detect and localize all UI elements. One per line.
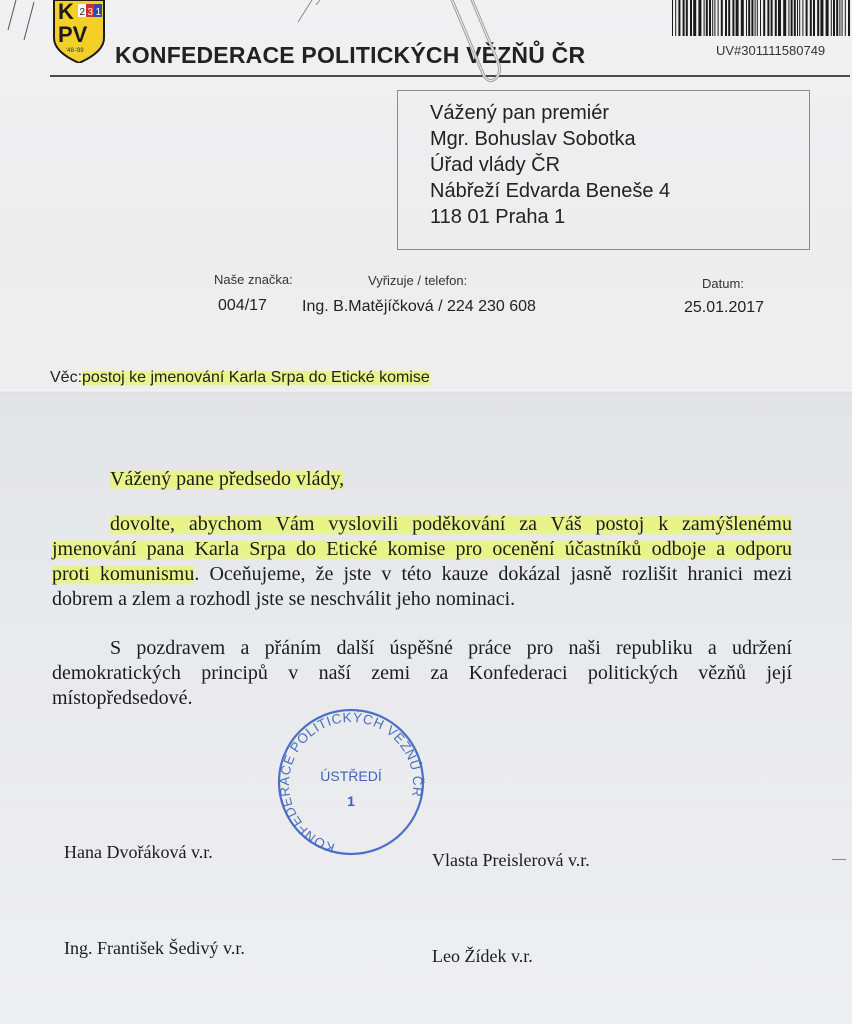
svg-text:ÚSTŘEDÍ: ÚSTŘEDÍ <box>320 768 382 784</box>
svg-text:3: 3 <box>88 7 94 18</box>
paragraph-line: dobrem a zlem a rozhodl jste se neschvál… <box>52 587 792 612</box>
svg-text:1: 1 <box>96 7 102 18</box>
recipient-line: Mgr. Bohuslav Sobotka <box>430 128 636 151</box>
svg-text:'48-'89: '48-'89 <box>66 48 84 54</box>
paragraph-line: proti komunismu. Oceňujeme, že jste v té… <box>52 562 792 587</box>
recipient-line: Nábřeží Edvarda Beneše 4 <box>430 180 670 203</box>
paperclip-icon <box>450 0 510 85</box>
organization-name: KONFEDERACE POLITICKÝCH VĚZŇŮ ČR <box>115 42 585 69</box>
paragraph-line: S pozdravem a přáním další úspěšné práce… <box>52 636 792 661</box>
our-reference-value: 004/17 <box>218 297 267 315</box>
our-reference-label: Naše značka: <box>214 272 293 287</box>
signature-name: Ing. František Šedivý v.r. <box>64 938 245 959</box>
kpv-logo-icon: K 2 3 1 PV '48-'89 <box>52 0 106 63</box>
recipient-line: Úřad vlády ČR <box>430 154 560 177</box>
svg-text:1: 1 <box>347 793 355 809</box>
svg-text:PV: PV <box>58 22 88 47</box>
date-value: 25.01.2017 <box>684 299 764 317</box>
date-label: Datum: <box>702 276 744 291</box>
body-paragraph-1: dovolte, abychom Vám vyslovili poděkován… <box>52 512 792 612</box>
signature-name: Hana Dvořáková v.r. <box>64 842 213 863</box>
official-stamp: KONFEDERACE POLITICKÝCH VĚZŇŮ ČR ÚSTŘEDÍ… <box>276 706 426 858</box>
paragraph-line: dovolte, abychom Vám vyslovili poděkován… <box>52 512 792 537</box>
subject-label: Věc: <box>50 369 82 386</box>
svg-text:2: 2 <box>80 7 86 18</box>
body-paragraph-2: S pozdravem a přáním další úspěšné práce… <box>52 636 792 711</box>
signature-name: Leo Žídek v.r. <box>432 946 533 967</box>
fold-mark <box>832 859 846 860</box>
salutation: Vážený pane předsedo vlády, <box>110 468 344 491</box>
paragraph-line: jmenování pana Karla Srpa do Etické komi… <box>52 537 792 562</box>
subject-line: Věc:postoj ke jmenování Karla Srpa do Et… <box>50 369 430 387</box>
paper-fold <box>0 390 852 394</box>
signature-name: Vlasta Preislerová v.r. <box>432 850 590 871</box>
handler-label: Vyřizuje / telefon: <box>368 273 467 288</box>
paper-fold-lower <box>0 805 852 807</box>
subject-text: postoj ke jmenování Karla Srpa do Etické… <box>82 369 430 386</box>
recipient-line: Vážený pan premiér <box>430 102 609 125</box>
svg-text:K: K <box>58 0 74 24</box>
paragraph-line: demokratických principů v naší zemi za K… <box>52 661 792 686</box>
recipient-line: 118 01 Praha 1 <box>430 206 565 229</box>
barcode-icon <box>670 0 852 38</box>
handler-value: Ing. B.Matějíčková / 224 230 608 <box>302 298 536 316</box>
barcode-number: UV#301111580749 <box>716 43 825 58</box>
